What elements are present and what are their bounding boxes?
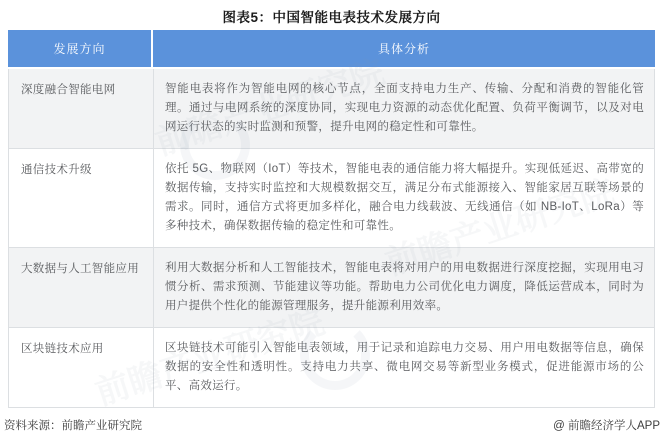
page-footer: 资料来源：前瞻产业研究院 @ 前瞻经济学人APP xyxy=(4,417,660,433)
development-direction-table: 发展方向 具体分析 深度融合智能电网 智能电表将作为智能电网的核心节点，全面支持… xyxy=(8,30,655,408)
direction-cell: 大数据与人工智能应用 xyxy=(9,248,153,327)
column-header-direction: 发展方向 xyxy=(8,30,153,67)
table-body: 深度融合智能电网 智能电表将作为智能电网的核心节点，全面支持电力生产、传输、分配… xyxy=(8,69,655,408)
table-row-blockchain: 区块链技术应用 区块链技术可能引入智能电表领域，用于记录和追踪电力交易、用户用电… xyxy=(9,327,654,407)
analysis-cell: 依托 5G、物联网（IoT）等技术，智能电表的通信能力将大幅提升。实现低延迟、高… xyxy=(153,149,654,247)
table-row-smart-grid: 深度融合智能电网 智能电表将作为智能电网的核心节点，全面支持电力生产、传输、分配… xyxy=(9,69,654,148)
figure-page: { "title": "图表5：中国智能电表技术发展方向", "colors":… xyxy=(0,0,663,440)
analysis-cell: 区块链技术可能引入智能电表领域，用于记录和追踪电力交易、用户用电数据等信息，确保… xyxy=(153,328,654,407)
app-credit: @ 前瞻经济学人APP xyxy=(553,417,660,433)
table-header-row: 发展方向 具体分析 xyxy=(8,30,655,67)
analysis-cell: 利用大数据分析和人工智能技术，智能电表将对用户的用电数据进行深度挖掘，实现用电习… xyxy=(153,248,654,327)
table-row-communication: 通信技术升级 依托 5G、物联网（IoT）等技术，智能电表的通信能力将大幅提升。… xyxy=(9,148,654,247)
direction-cell: 深度融合智能电网 xyxy=(9,69,153,148)
source-note: 资料来源：前瞻产业研究院 xyxy=(4,417,142,433)
analysis-cell: 智能电表将作为智能电网的核心节点，全面支持电力生产、传输、分配和消费的智能化管理… xyxy=(153,69,654,148)
direction-cell: 通信技术升级 xyxy=(9,149,153,247)
column-header-analysis: 具体分析 xyxy=(153,30,655,67)
direction-cell: 区块链技术应用 xyxy=(9,328,153,407)
page-title: 图表5：中国智能电表技术发展方向 xyxy=(0,0,663,26)
table-row-bigdata-ai: 大数据与人工智能应用 利用大数据分析和人工智能技术，智能电表将对用户的用电数据进… xyxy=(9,247,654,327)
